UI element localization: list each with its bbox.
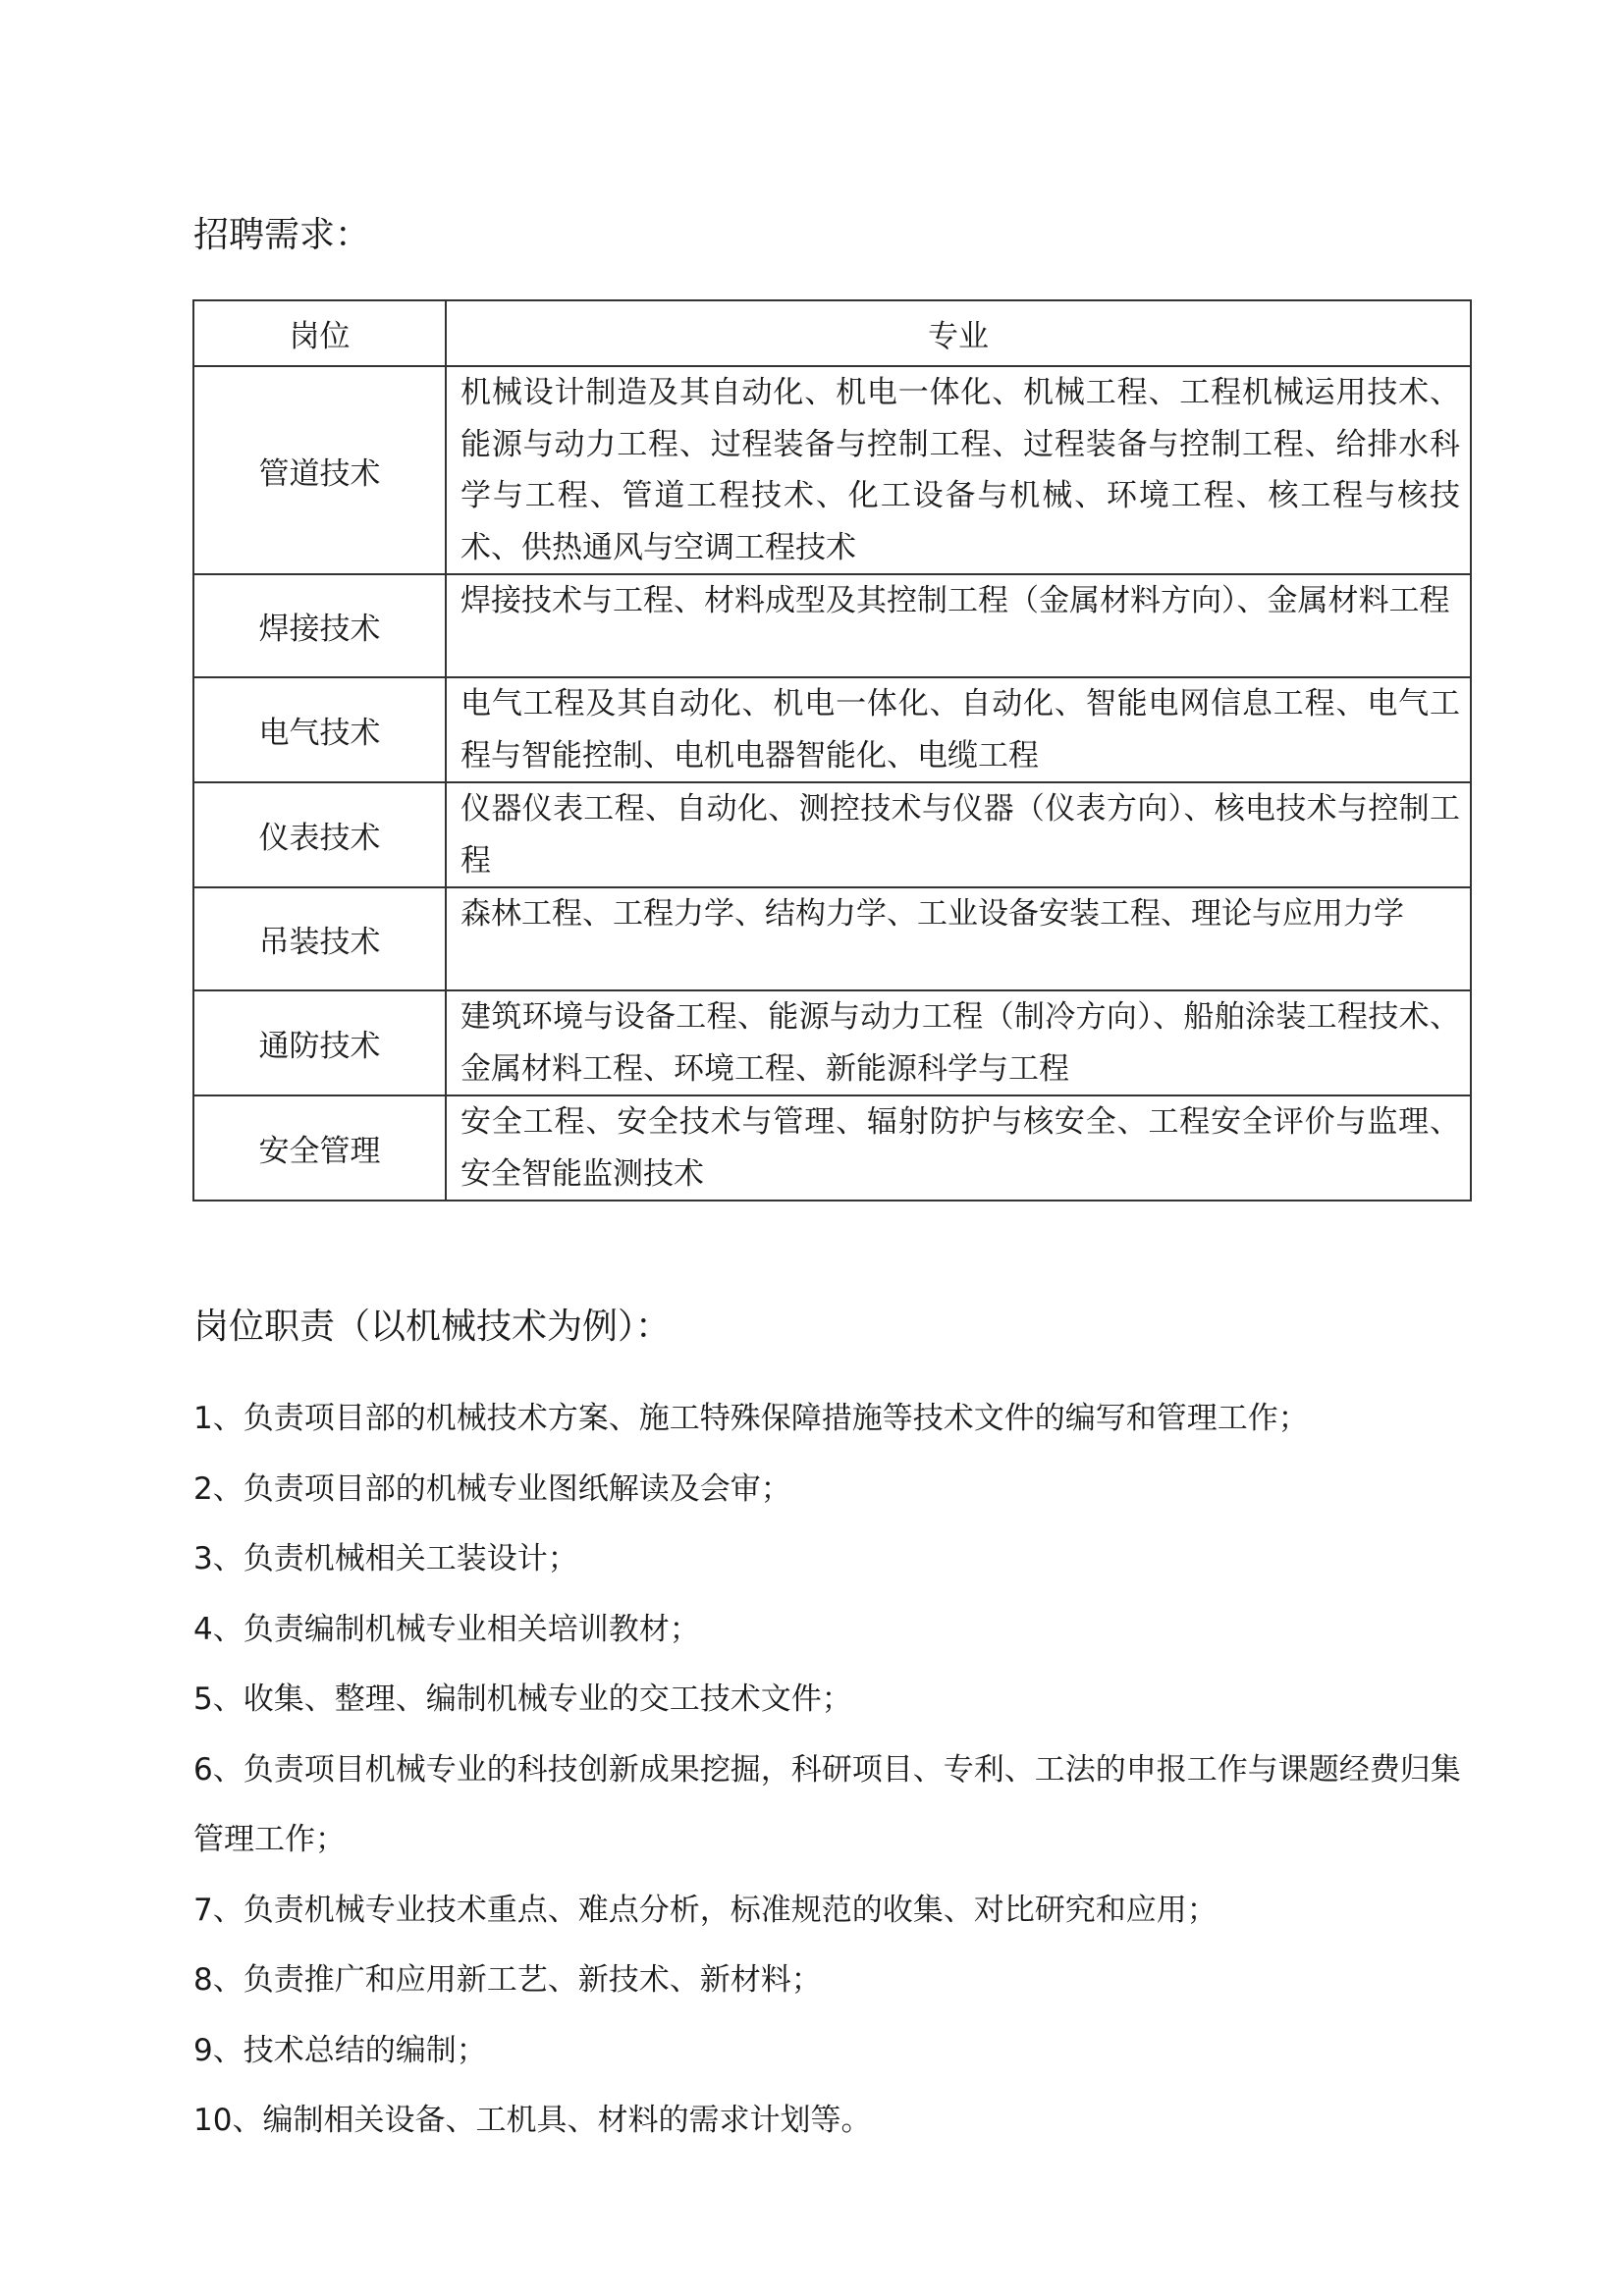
- list-item: 6、负责项目机械专业的科技创新成果挖掘，科研项目、专利、工法的申报工作与课题经费…: [193, 1735, 1470, 1876]
- header-major: 专业: [446, 300, 1471, 366]
- list-item: 2、负责项目部的机械专业图纸解读及会审；: [193, 1455, 1470, 1525]
- table-header-row: 岗位 专业: [193, 300, 1471, 366]
- major-cell: 机械设计制造及其自动化、机电一体化、机械工程、工程机械运用技术、能源与动力工程、…: [446, 366, 1471, 574]
- table-row: 焊接技术 焊接技术与工程、材料成型及其控制工程（金属材料方向）、金属材料工程: [193, 574, 1471, 677]
- major-cell: 电气工程及其自动化、机电一体化、自动化、智能电网信息工程、电气工程与智能控制、电…: [446, 677, 1471, 782]
- major-cell: 建筑环境与设备工程、能源与动力工程（制冷方向）、船舶涂装工程技术、金属材料工程、…: [446, 990, 1471, 1095]
- major-cell: 安全工程、安全技术与管理、辐射防护与核安全、工程安全评价与监理、安全智能监测技术: [446, 1095, 1471, 1201]
- list-item: 10、编制相关设备、工机具、材料的需求计划等。: [193, 2086, 1470, 2157]
- list-item: 4、负责编制机械专业相关培训教材；: [193, 1595, 1470, 1666]
- recruitment-title: 招聘需求：: [193, 214, 370, 257]
- table-row: 管道技术 机械设计制造及其自动化、机电一体化、机械工程、工程机械运用技术、能源与…: [193, 366, 1471, 574]
- list-item: 3、负责机械相关工装设计；: [193, 1524, 1470, 1595]
- major-cell: 森林工程、工程力学、结构力学、工业设备安装工程、理论与应用力学: [446, 887, 1471, 990]
- duties-title: 岗位职责（以机械技术为例）：: [193, 1306, 671, 1349]
- position-cell: 通防技术: [193, 990, 446, 1095]
- position-cell: 管道技术: [193, 366, 446, 574]
- major-cell: 焊接技术与工程、材料成型及其控制工程（金属材料方向）、金属材料工程: [446, 574, 1471, 677]
- table-row: 仪表技术 仪器仪表工程、自动化、测控技术与仪器（仪表方向）、核电技术与控制工程: [193, 782, 1471, 887]
- position-cell: 吊装技术: [193, 887, 446, 990]
- list-item: 7、负责机械专业技术重点、难点分析，标准规范的收集、对比研究和应用；: [193, 1876, 1470, 1947]
- list-item: 5、收集、整理、编制机械专业的交工技术文件；: [193, 1665, 1470, 1735]
- table-row: 通防技术 建筑环境与设备工程、能源与动力工程（制冷方向）、船舶涂装工程技术、金属…: [193, 990, 1471, 1095]
- recruitment-table: 岗位 专业 管道技术 机械设计制造及其自动化、机电一体化、机械工程、工程机械运用…: [192, 299, 1472, 1201]
- position-cell: 仪表技术: [193, 782, 446, 887]
- table-row: 安全管理 安全工程、安全技术与管理、辐射防护与核安全、工程安全评价与监理、安全智…: [193, 1095, 1471, 1201]
- duties-list: 1、负责项目部的机械技术方案、施工特殊保障措施等技术文件的编写和管理工作； 2、…: [193, 1384, 1470, 2157]
- position-cell: 焊接技术: [193, 574, 446, 677]
- table-row: 电气技术 电气工程及其自动化、机电一体化、自动化、智能电网信息工程、电气工程与智…: [193, 677, 1471, 782]
- document-page: 招聘需求： 岗位 专业 管道技术 机械设计制造及其自动化、机电一体化、机械工程、…: [0, 0, 1624, 2296]
- position-cell: 安全管理: [193, 1095, 446, 1201]
- list-item: 1、负责项目部的机械技术方案、施工特殊保障措施等技术文件的编写和管理工作；: [193, 1384, 1470, 1455]
- table-row: 吊装技术 森林工程、工程力学、结构力学、工业设备安装工程、理论与应用力学: [193, 887, 1471, 990]
- position-cell: 电气技术: [193, 677, 446, 782]
- list-item: 9、技术总结的编制；: [193, 2016, 1470, 2087]
- list-item: 8、负责推广和应用新工艺、新技术、新材料；: [193, 1946, 1470, 2016]
- major-cell: 仪器仪表工程、自动化、测控技术与仪器（仪表方向）、核电技术与控制工程: [446, 782, 1471, 887]
- header-position: 岗位: [193, 300, 446, 366]
